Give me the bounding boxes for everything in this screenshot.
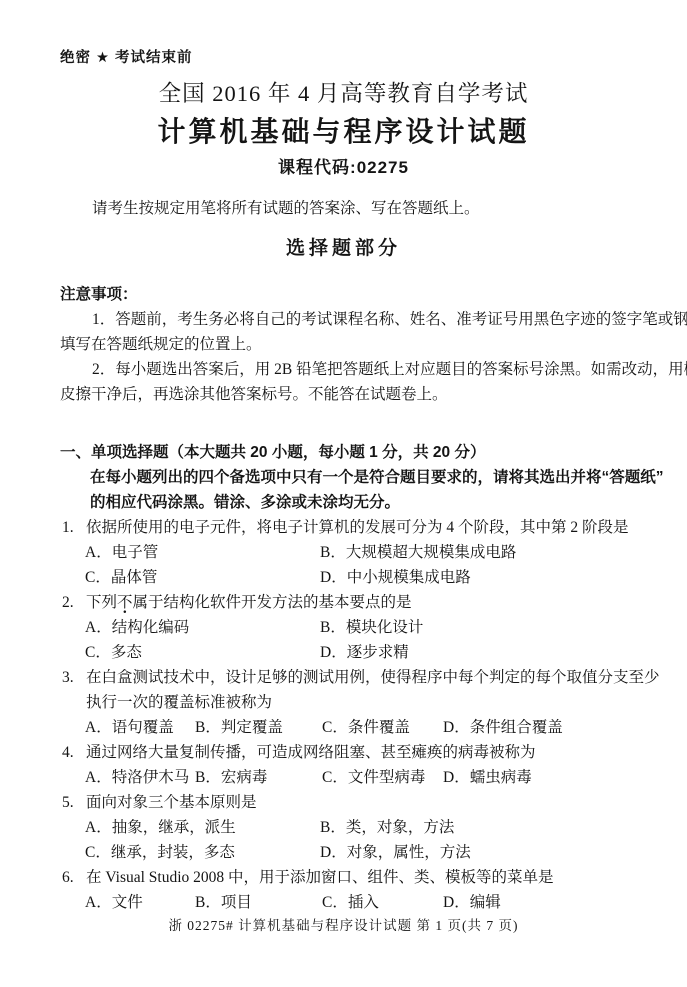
question-6-stem: 6.在 Visual Studio 2008 中，用于添加窗口、组件、类、模板等…: [60, 865, 627, 890]
question-5-options-row-2: C．继承，封装，多态 D．对象，属性，方法: [60, 840, 627, 865]
question-1-text: 依据所使用的电子元件，将电子计算机的发展可分为 4 个阶段，其中第 2 阶段是: [86, 519, 629, 536]
question-3-text-line-1: 在白盒测试技术中，设计足够的测试用例，使得程序中每个判定的每个取值分支至少: [86, 669, 660, 686]
question-1-stem: 1.依据所使用的电子元件，将电子计算机的发展可分为 4 个阶段，其中第 2 阶段…: [60, 515, 627, 540]
question-4-text: 通过网络大量复制传播，可造成网络阻塞、甚至瘫痪的病毒被称为: [86, 744, 536, 761]
question-1-number: 1.: [60, 515, 86, 540]
question-6-options-row: A．文件 B．项目 C．插入 D．编辑: [60, 890, 627, 915]
notice-item-1-line-2: 填写在答题纸规定的位置上。: [60, 332, 627, 357]
question-6-number: 6.: [60, 865, 86, 890]
question-5-option-b: B．类，对象，方法: [320, 815, 454, 840]
notice-item-1-line-1: 1．答题前，考生务必将自己的考试课程名称、姓名、准考证号用黑色字迹的签字笔或钢笔: [92, 307, 627, 332]
part1-heading: 一、单项选择题（本大题共 20 小题，每小题 1 分，共 20 分）: [60, 440, 627, 465]
question-3-options-row: A．语句覆盖 B．判定覆盖 C．条件覆盖 D．条件组合覆盖: [60, 715, 627, 740]
question-3-number: 3.: [60, 665, 86, 690]
question-1-options-row-1: A．电子管 B．大规模超大规模集成电路: [60, 540, 627, 565]
question-4-option-b: B．宏病毒: [195, 765, 267, 790]
question-5-option-a: A．抽象，继承，派生: [85, 815, 236, 840]
exam-title: 全国 2016 年 4 月高等教育自学考试: [60, 79, 627, 109]
question-5-number: 5.: [60, 790, 86, 815]
exam-paper-page: 绝密 ★ 考试结束前 全国 2016 年 4 月高等教育自学考试 计算机基础与程…: [0, 0, 687, 987]
question-4-option-c: C．文件型病毒: [322, 765, 425, 790]
question-6-option-c: C．插入: [322, 890, 379, 915]
question-5-options-row-1: A．抽象，继承，派生 B．类，对象，方法: [60, 815, 627, 840]
question-1-options-row-2: C．晶体管 D．中小规模集成电路: [60, 565, 627, 590]
question-4-option-a: A．特洛伊木马: [85, 765, 189, 790]
question-2-option-c: C．多态: [85, 640, 142, 665]
question-3-stem-line-1: 3.在白盒测试技术中，设计足够的测试用例，使得程序中每个判定的每个取值分支至少: [60, 665, 627, 690]
page-footer: 浙 02275# 计算机基础与程序设计试题 第 1 页(共 7 页): [0, 914, 687, 934]
question-3-option-d: D．条件组合覆盖: [443, 715, 563, 740]
notice-item-2-line-2: 皮擦干净后，再选涂其他答案标号。不能答在试题卷上。: [60, 382, 627, 407]
question-2-number: 2.: [60, 590, 86, 615]
part1-note-line-2: 的相应代码涂黑。错涂、多涂或未涂均无分。: [90, 490, 627, 515]
course-code: 课程代码:02275: [60, 157, 627, 179]
notice-item-2-line-1: 2．每小题选出答案后，用 2B 铅笔把答题纸上对应题目的答案标号涂黑。如需改动，…: [92, 357, 627, 382]
question-2-option-b: B．模块化设计: [320, 615, 423, 640]
question-6-option-d: D．编辑: [443, 890, 501, 915]
question-6-option-a: A．文件: [85, 890, 143, 915]
question-2-text-pre: 下列: [86, 594, 117, 611]
question-2-options-row-1: A．结构化编码 B．模块化设计: [60, 615, 627, 640]
question-2-option-a: A．结构化编码: [85, 615, 189, 640]
question-2-option-d: D．逐步求精: [320, 640, 409, 665]
part1-single-choice-section: 一、单项选择题（本大题共 20 小题，每小题 1 分，共 20 分） 在每小题列…: [60, 440, 627, 915]
question-2-options-row-2: C．多态 D．逐步求精: [60, 640, 627, 665]
question-4-option-d: D．蠕虫病毒: [443, 765, 532, 790]
question-4-options-row: A．特洛伊木马 B．宏病毒 C．文件型病毒 D．蠕虫病毒: [60, 765, 627, 790]
classification-label: 绝密 ★ 考试结束前: [60, 46, 627, 67]
section-header: 选择题部分: [60, 236, 627, 262]
question-1-option-d: D．中小规模集成电路: [320, 565, 471, 590]
question-6-option-b: B．项目: [195, 890, 252, 915]
notice-title: 注意事项：: [60, 283, 627, 307]
question-3-option-b: B．判定覆盖: [195, 715, 283, 740]
question-5-stem: 5.面向对象三个基本原则是: [60, 790, 627, 815]
question-3-option-a: A．语句覆盖: [85, 715, 174, 740]
question-1-option-b: B．大规模超大规模集成电路: [320, 540, 516, 565]
question-5-text: 面向对象三个基本原则是: [86, 794, 257, 811]
question-6-text: 在 Visual Studio 2008 中，用于添加窗口、组件、类、模板等的菜…: [86, 869, 554, 886]
part1-note-line-1: 在每小题列出的四个备选项中只有一个是符合题目要求的，请将其选出并将“答题纸”: [90, 465, 627, 490]
answer-instruction: 请考生按规定用笔将所有试题的答案涂、写在答题纸上。: [60, 197, 627, 221]
paper-title: 计算机基础与程序设计试题: [60, 113, 627, 151]
question-3-stem-line-2: 执行一次的覆盖标准被称为: [86, 690, 627, 715]
question-1-option-c: C．晶体管: [85, 565, 157, 590]
question-4-stem: 4.通过网络大量复制传播，可造成网络阻塞、甚至瘫痪的病毒被称为: [60, 740, 627, 765]
question-5-option-c: C．继承，封装，多态: [85, 840, 235, 865]
question-2-text-post: 属于结构化软件开发方法的基本要点的是: [133, 594, 412, 611]
question-2-emphasized-char: 不: [117, 594, 133, 611]
question-4-number: 4.: [60, 740, 86, 765]
question-5-option-d: D．对象，属性，方法: [320, 840, 471, 865]
question-2-stem: 2.下列不属于结构化软件开发方法的基本要点的是: [60, 590, 627, 615]
question-3-option-c: C．条件覆盖: [322, 715, 410, 740]
question-1-option-a: A．电子管: [85, 540, 158, 565]
